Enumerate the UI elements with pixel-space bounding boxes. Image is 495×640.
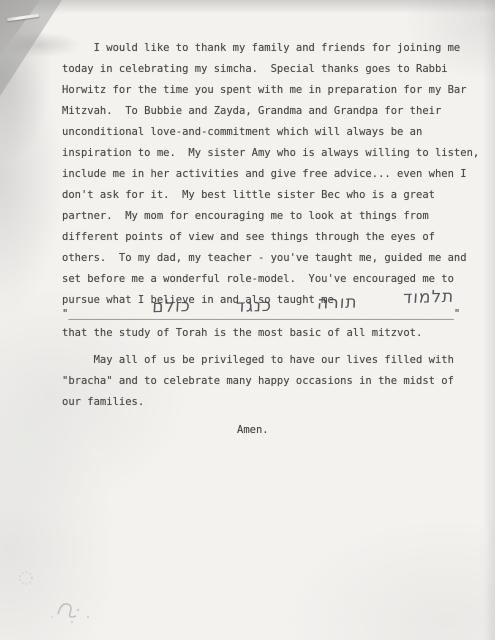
hebrew-word: כנגד (235, 296, 273, 323)
typed-line: partner. My mom for encouraging me to lo… (62, 206, 479, 227)
typed-line: Horwitz for the time you spent with me i… (62, 80, 479, 101)
amen-line: Amen. (237, 420, 269, 441)
typed-line: our families. (62, 392, 454, 413)
hebrew-word: תלמוד (402, 287, 455, 318)
typed-line: Mitzvah. To Bubbie and Zayda, Grandma an… (62, 101, 479, 122)
typed-line: others. To my dad, my teacher - you've t… (62, 248, 479, 269)
document-page: I would like to thank my family and frie… (0, 0, 495, 640)
typed-line: I would like to thank my family and frie… (62, 38, 479, 59)
pencil-scribble (14, 570, 124, 632)
typed-line: don't ask for it. My best little sister … (62, 185, 479, 206)
torah-study-line: that the study of Torah is the most basi… (62, 323, 422, 344)
typed-line: different points of view and see things … (62, 227, 479, 248)
typed-line: include me in her activities and give fr… (62, 164, 479, 185)
hebrew-word: כולם (151, 296, 191, 325)
typed-line: May all of us be privileged to have our … (62, 350, 454, 371)
typed-line: "bracha" and to celebrate many happy occ… (62, 371, 454, 392)
typed-line: inspiration to me. My sister Amy who is … (62, 143, 479, 164)
typed-line: today in celebrating my simcha. Special … (62, 59, 479, 80)
typed-line: unconditional love-and-commitment which … (62, 122, 479, 143)
speech-paragraph-2: May all of us be privileged to have our … (62, 350, 454, 413)
speech-paragraph-1: I would like to thank my family and frie… (62, 38, 479, 311)
hebrew-word: תורה (316, 292, 358, 320)
